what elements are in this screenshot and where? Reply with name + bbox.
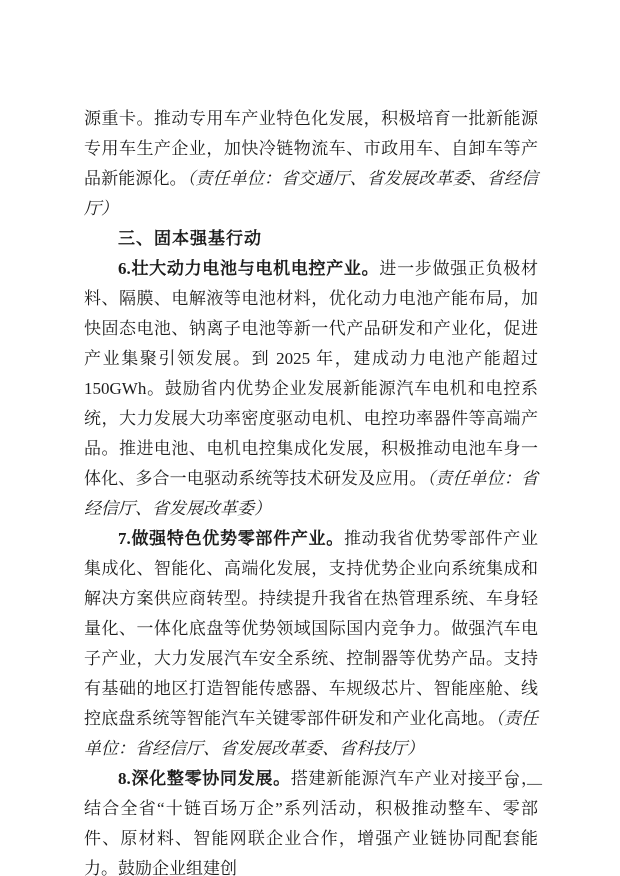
text-run: 推动我省优势零部件产业集成化、智能化、高端化发展，支持优势企业向系统集成和解决方…: [84, 529, 538, 728]
paragraph: 6.壮大动力电池与电机电控产业。进一步做强正负极材料、隔膜、电解液等电池材料，优…: [84, 254, 538, 524]
item-title: 6.壮大动力电池与电机电控产业。: [118, 259, 379, 278]
page-number: — 3 —: [481, 776, 546, 793]
paragraph: 8.深化整零协同发展。搭建新能源汽车产业对接平台，结合全省“十链百场万企”系列活…: [84, 764, 538, 876]
section-heading: 三、固本强基行动: [84, 224, 538, 254]
text-run: 进一步做强正负极材料、隔膜、电解液等电池材料，优化动力电池产能布局，加快固态电池…: [84, 259, 538, 488]
item-title: 8.深化整零协同发展。: [118, 769, 291, 788]
paragraph: 源重卡。推动专用车产业特色化发展，积极培育一批新能源专用车生产企业，加快冷链物流…: [84, 104, 538, 224]
paragraph: 7.做强特色优势零部件产业。推动我省优势零部件产业集成化、智能化、高端化发展，支…: [84, 524, 538, 764]
document-body: 源重卡。推动专用车产业特色化发展，积极培育一批新能源专用车生产企业，加快冷链物流…: [84, 104, 538, 876]
document-page: 源重卡。推动专用车产业特色化发展，积极培育一批新能源专用车生产企业，加快冷链物流…: [0, 0, 620, 876]
text-run: 三、固本强基行动: [118, 229, 262, 248]
item-title: 7.做强特色优势零部件产业。: [118, 529, 344, 548]
